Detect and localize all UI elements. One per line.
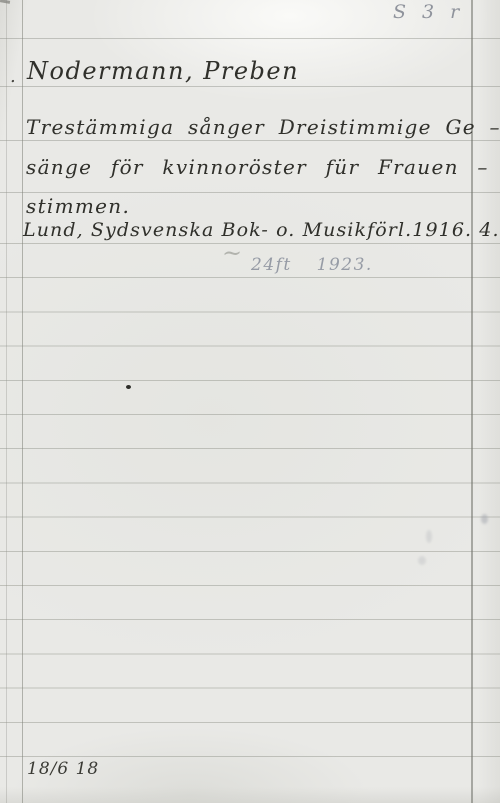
accession-date: 18/6 18 — [27, 761, 99, 778]
ruled-lines — [0, 243, 500, 763]
left-margin-line — [22, 0, 23, 803]
ruled-line — [0, 38, 500, 39]
title-line-3: stimmen. — [26, 196, 130, 216]
left-edge-line — [6, 0, 7, 803]
pencil-smudge — [426, 530, 432, 543]
ink-dot-artifact — [126, 385, 131, 389]
catalog-card-page: S 3 r . Nodermann, Preben Trestämmiga så… — [0, 0, 500, 803]
title-line-2: sänge för kvinnoröster für Frauen – — [26, 157, 489, 177]
imprint-line: Lund, Sydsvenska Bok- o. Musikförl.1916.… — [23, 221, 500, 240]
author-name: Nodermann, Preben — [27, 59, 299, 83]
pencil-smudge — [481, 514, 488, 524]
ruled-line — [0, 192, 500, 193]
pencil-date-note: 24ft 1923. — [251, 257, 373, 274]
leading-dot: . — [10, 68, 16, 86]
pencil-smudge — [418, 556, 426, 565]
ruled-line — [0, 140, 500, 141]
ruled-line — [0, 86, 500, 87]
pencil-squiggle: ~ — [222, 241, 242, 265]
shelfmark-pencil: S 3 r — [393, 3, 464, 22]
title-line-1: Trestämmiga sånger Dreistimmige Ge – — [26, 117, 500, 137]
